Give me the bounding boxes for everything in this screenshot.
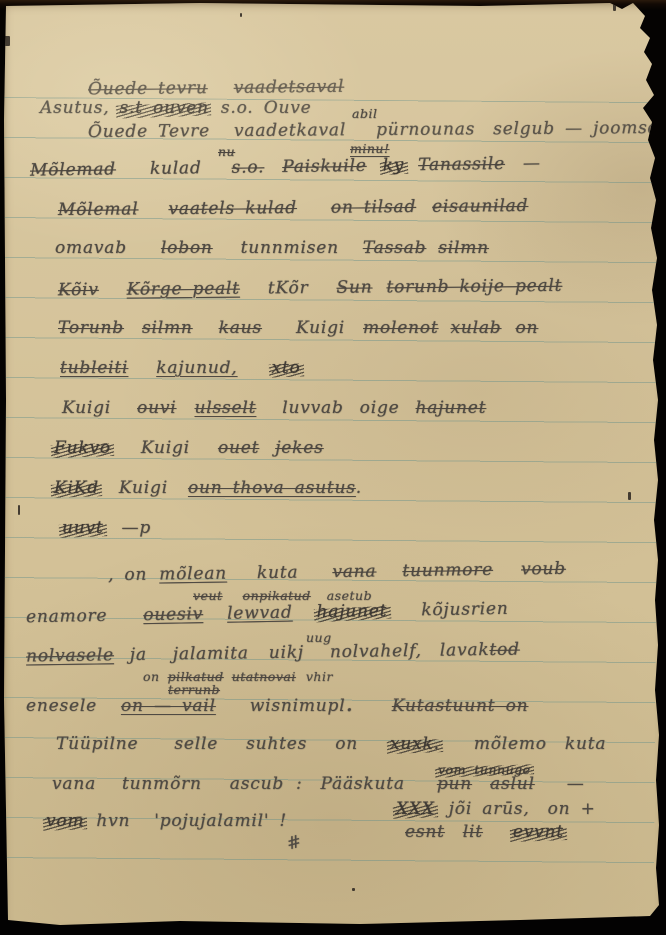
manuscript-line: abil xyxy=(352,106,377,121)
handwritten-word: lewvad xyxy=(227,603,293,625)
manuscript-line: KõivKõrge pealttKõrSuntorunb koije pealt xyxy=(58,276,562,301)
handwritten-word: jalamita xyxy=(173,643,249,664)
handwritten-word: kaus xyxy=(219,318,262,338)
manuscript-line: vom tunnuge xyxy=(438,762,531,777)
handwritten-word: Fukvo xyxy=(54,438,111,458)
manuscript-line: Õuede Tevrevaadetkavalpürnounasselgub — … xyxy=(88,118,666,142)
handwritten-word: pürnounas xyxy=(376,119,475,140)
pencil-speck xyxy=(613,4,616,11)
handwritten-word: on — vail xyxy=(121,696,216,716)
manuscript-page: Õuede tevruvaadetsavalAsutus,s.t ouvens.… xyxy=(0,0,666,935)
handwritten-word: tod xyxy=(489,640,520,661)
manuscript-line: esntlitevvnt xyxy=(405,822,564,842)
handwritten-word: Tüüpilne xyxy=(56,734,138,754)
handwritten-word: XXX xyxy=(396,799,435,819)
handwritten-word: mõlemo xyxy=(474,734,547,754)
manuscript-line: FukvoKuigiouetjekes xyxy=(54,438,324,458)
manuscript-line: XXXjõi arūs,on + xyxy=(396,799,596,819)
handwritten-word: enamore xyxy=(26,606,108,628)
handwritten-word: Õuede tevru xyxy=(88,78,208,100)
handwritten-word: ascub xyxy=(230,774,284,794)
handwritten-word: xulab xyxy=(450,318,501,338)
pencil-speck xyxy=(18,505,20,515)
handwritten-word: luvvab xyxy=(282,398,343,418)
handwriting-layer: Õuede tevruvaadetsavalAsutus,s.t ouvens.… xyxy=(0,0,666,935)
handwritten-word: on + xyxy=(548,799,596,819)
handwritten-word: # xyxy=(285,831,305,855)
handwritten-word: hajunet xyxy=(416,398,487,418)
handwritten-word: kuta xyxy=(565,734,606,754)
handwritten-word: aslul xyxy=(490,774,535,794)
handwritten-word: s.o. xyxy=(231,157,264,178)
handwritten-word: ouesiv xyxy=(143,604,203,625)
handwritten-word: torunb koije pealt xyxy=(386,276,562,298)
handwritten-word: kajunud, xyxy=(156,358,237,378)
handwritten-word: hajunet xyxy=(316,601,387,623)
handwritten-word: voub xyxy=(521,559,566,580)
manuscript-line: enamoreouesivlewvadhajunetkõjusrien xyxy=(26,599,509,628)
handwritten-word: utatnovai xyxy=(232,669,296,684)
handwritten-word: Kuigi xyxy=(62,398,111,418)
handwritten-word: ja xyxy=(130,645,147,666)
manuscript-line: vanatunmõrnascub:Pääskutapunaslul— xyxy=(52,774,585,794)
handwritten-word: uuvt xyxy=(62,518,104,538)
handwritten-word: vaadetkaval xyxy=(234,120,346,141)
handwritten-word: evvnt xyxy=(513,822,564,842)
handwritten-word: s.t ouven xyxy=(119,98,208,118)
handwritten-word: nolvahelf, xyxy=(330,641,422,663)
handwritten-word: , on xyxy=(108,565,147,586)
handwritten-word: Paiskuile xyxy=(282,156,367,178)
handwritten-word: selgub — joomsdt xyxy=(493,118,666,140)
manuscript-line: uuvt—p xyxy=(62,518,151,538)
manuscript-line: nu xyxy=(218,144,235,159)
manuscript-line: uug xyxy=(306,630,332,645)
manuscript-line: Kuigiouviulsseltluvvaboigehajunet xyxy=(62,398,486,418)
manuscript-line: tubleitikajunud,xto xyxy=(60,358,301,378)
handwritten-word: — xyxy=(567,774,585,794)
handwritten-word: uikj xyxy=(269,643,304,664)
handwritten-word: vaadetsaval xyxy=(234,77,345,99)
handwritten-word: oige xyxy=(360,398,400,418)
handwritten-word: kulad xyxy=(150,158,202,179)
handwritten-word: Sun xyxy=(336,277,372,298)
handwritten-word: : xyxy=(296,774,303,794)
handwritten-word: vom tunnuge xyxy=(438,762,531,777)
handwritten-word: Kuigi xyxy=(141,438,190,458)
handwritten-word: vhir xyxy=(306,669,333,684)
handwritten-word: Mõlemal xyxy=(58,199,139,220)
handwritten-word: on xyxy=(515,318,538,338)
handwritten-word: nu xyxy=(218,144,235,159)
handwritten-word: vaatels kulad xyxy=(168,198,297,220)
handwritten-word: Asutus, xyxy=(40,98,109,118)
handwritten-word: —p xyxy=(122,518,151,538)
handwritten-word: tKõr xyxy=(268,278,309,299)
handwritten-word: esnt xyxy=(405,822,445,842)
handwritten-word: Kuigi xyxy=(119,478,168,498)
handwritten-word: Mõlemad xyxy=(30,159,116,181)
handwritten-word: Tassab xyxy=(363,238,426,258)
handwritten-word: ! xyxy=(279,811,287,831)
handwritten-word: hvn xyxy=(96,811,130,831)
handwritten-word: . xyxy=(356,478,362,498)
handwritten-word: silmn xyxy=(142,318,193,338)
manuscript-line: TorunbsilmnkausKuigimolenotxulabon xyxy=(58,318,538,338)
handwritten-word: jekes xyxy=(275,438,323,458)
manuscript-line: Õuede tevruvaadetsaval xyxy=(88,77,344,100)
manuscript-line: vomhvn'pojujalamil'! xyxy=(46,811,287,831)
manuscript-line: Tüüpilnesellesuhtesonxuxk.mõlemokuta xyxy=(56,734,606,754)
handwritten-word: 'pojujalamil' xyxy=(154,811,269,831)
handwritten-word: ouet xyxy=(218,438,259,458)
handwritten-word: enesele xyxy=(26,696,97,716)
handwritten-word: Kuigi xyxy=(296,318,345,338)
handwritten-word: vana xyxy=(332,561,376,582)
handwritten-word: lobon xyxy=(161,238,213,258)
manuscript-line: eneseleon — vailwisnimupl.Kutastuunt on xyxy=(26,689,528,718)
handwritten-word: on xyxy=(335,734,358,754)
handwritten-word: veut xyxy=(193,588,223,603)
handwritten-word: oun thova asutus xyxy=(188,478,356,498)
handwritten-word: molenot xyxy=(363,318,438,338)
pencil-speck xyxy=(4,36,10,46)
manuscript-line: Asutus,s.t ouvens.o. Ouve xyxy=(40,98,311,118)
manuscript-line: Mõlemadkulads.o.PaiskuilekyTanassile— xyxy=(30,153,541,181)
handwritten-word: KiKd xyxy=(54,478,99,498)
handwritten-word: onpikatud xyxy=(243,588,311,603)
handwritten-word: Kõrge pealt xyxy=(127,279,240,300)
handwritten-word: ouvi xyxy=(137,398,176,418)
manuscript-line: omavablobontunnmisenTassabsilmn xyxy=(55,238,489,258)
handwritten-word: vom xyxy=(46,811,84,831)
manuscript-line: nolvaselejajalamitauikjnolvahelf,lavakto… xyxy=(26,640,520,667)
handwritten-word: jõi arūs, xyxy=(449,799,530,819)
handwritten-word: ulsselt xyxy=(194,398,256,418)
handwritten-word: xto xyxy=(272,358,301,378)
handwritten-word: kõjusrien xyxy=(421,599,509,621)
handwritten-word: uug xyxy=(306,630,332,645)
handwritten-word: vana xyxy=(52,774,96,794)
handwritten-word: selle xyxy=(174,734,218,754)
handwritten-word: lavak xyxy=(440,640,490,661)
handwritten-word: on xyxy=(143,669,160,684)
handwritten-word: mõlean xyxy=(159,564,227,585)
handwritten-word: s.o. Ouve xyxy=(221,98,312,118)
handwritten-word: wisnimupl xyxy=(250,696,346,716)
handwritten-word: Kõiv xyxy=(58,280,99,301)
handwritten-word: Pääskuta xyxy=(321,774,405,794)
handwritten-word: omavab xyxy=(55,238,127,258)
handwritten-word: abil xyxy=(352,106,377,121)
handwritten-word: — xyxy=(523,153,541,174)
handwritten-word: nolvasele xyxy=(26,645,114,667)
handwritten-word: eisaunilad xyxy=(432,196,528,217)
handwritten-word: tunmõrn xyxy=(122,774,202,794)
handwritten-word: Torunb xyxy=(58,318,124,338)
handwritten-word: Tanassile xyxy=(418,154,505,176)
manuscript-line: , onmõleankutavanatuunmorevoub xyxy=(108,559,566,586)
handwritten-word: silmn xyxy=(438,238,489,258)
handwritten-word: . xyxy=(345,689,353,718)
handwritten-word: on tilsad xyxy=(331,197,416,218)
handwritten-word: ky xyxy=(382,155,404,176)
pencil-speck xyxy=(628,492,631,500)
handwritten-word: tubleiti xyxy=(60,358,128,378)
manuscript-line: minu! xyxy=(350,141,389,156)
handwritten-word: suhtes xyxy=(246,734,307,754)
manuscript-line: KiKdKuigioun thova asutus. xyxy=(54,478,362,498)
handwritten-word: minu! xyxy=(350,141,389,156)
handwritten-word: Õuede Tevre xyxy=(88,121,210,142)
manuscript-line: Mõlemalvaatels kuladon tilsadeisaunilad xyxy=(58,196,528,220)
pencil-speck xyxy=(352,888,355,891)
handwritten-word: tuunmore xyxy=(402,560,493,582)
manuscript-line: # xyxy=(285,831,305,855)
handwritten-word: xuxk. xyxy=(390,734,440,754)
handwritten-word: kuta xyxy=(257,563,299,584)
handwritten-word: Kutastuunt on xyxy=(392,696,528,716)
handwritten-word: tunnmisen xyxy=(241,238,339,258)
pencil-speck xyxy=(240,13,242,17)
handwritten-word: lit xyxy=(463,822,483,842)
scanned-page-background: Õuede tevruvaadetsavalAsutus,s.t ouvens.… xyxy=(0,0,666,935)
